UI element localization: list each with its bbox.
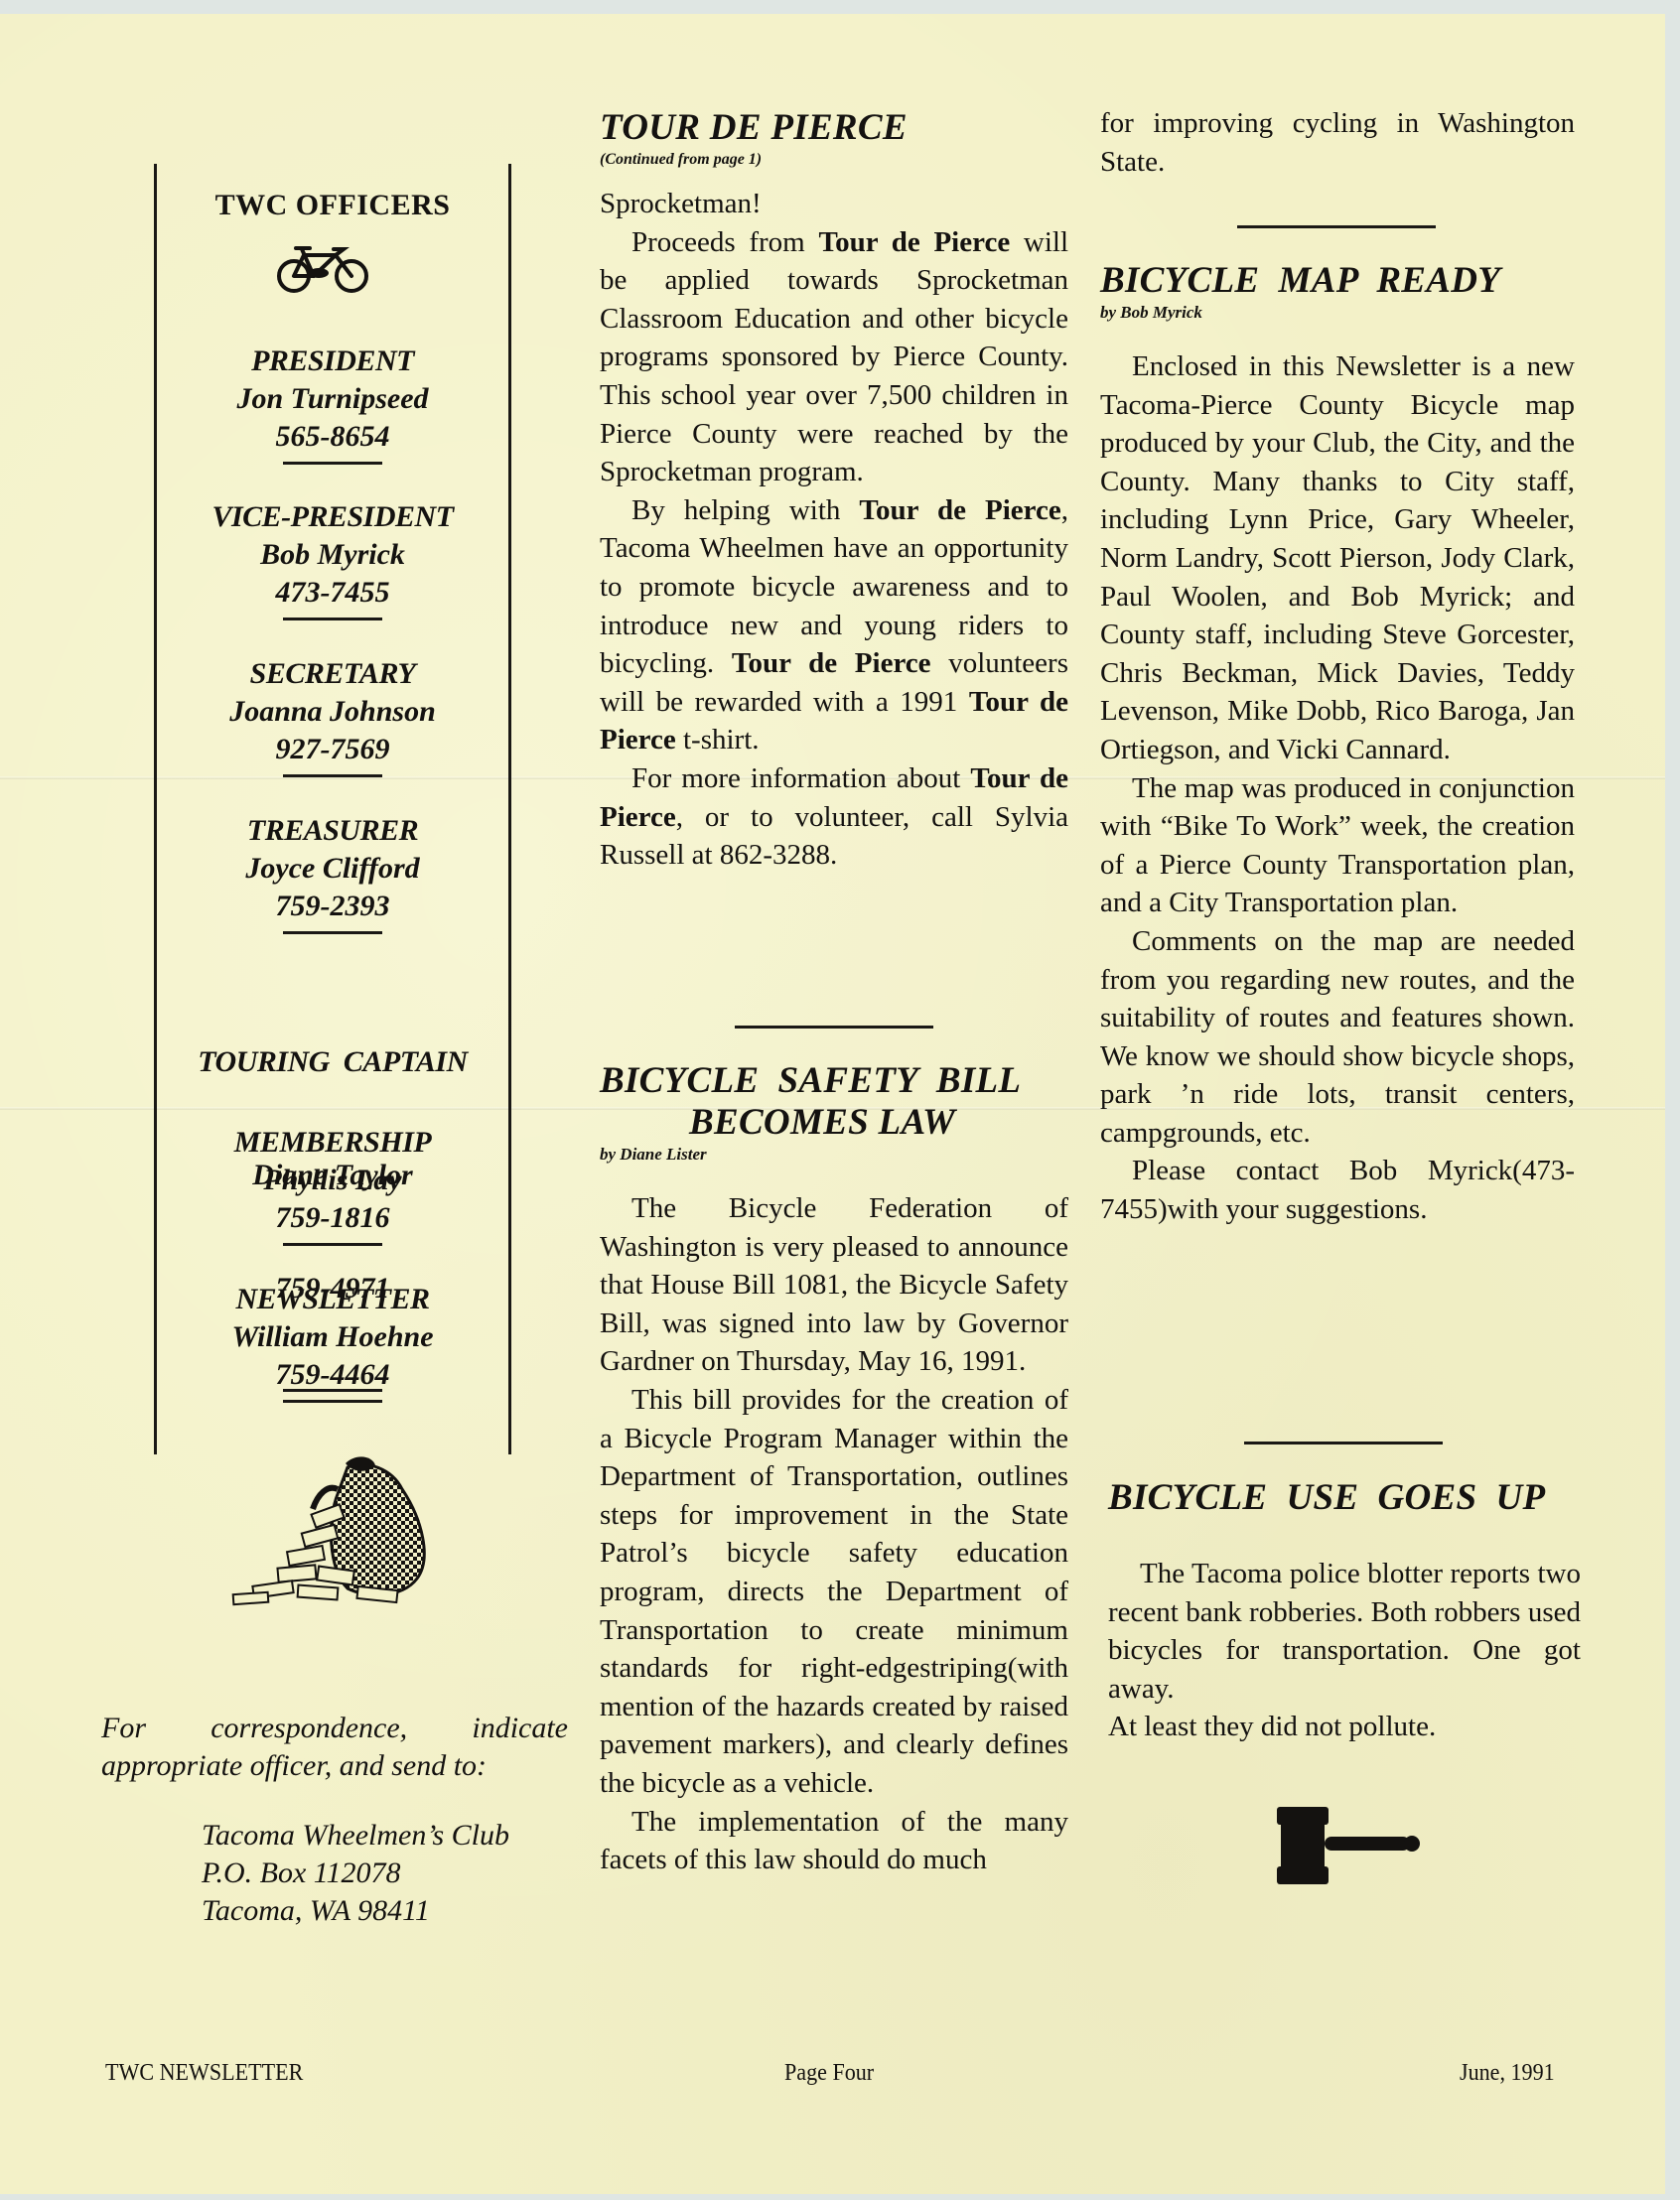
- officers-title: TWC OFFICERS: [154, 189, 511, 222]
- article-tour-de-pierce: TOUR DE PIERCE (Continued from page 1) S…: [600, 107, 1068, 875]
- article-paragraph: The Tacoma police blotter reports two re…: [1108, 1555, 1581, 1708]
- officer-role: TREASURER: [154, 812, 511, 850]
- gavel-icon: [1273, 1805, 1422, 1886]
- address-line: Tacoma, WA 98411: [202, 1892, 509, 1930]
- officer-vice-president: VICE-PRESIDENT Bob Myrick 473-7455: [154, 498, 511, 620]
- officer-name: Jon Turnipseed: [154, 380, 511, 418]
- officer-phone: 565-8654: [154, 418, 511, 456]
- article-paragraph: for improving cycling in Washington Stat…: [1100, 104, 1575, 181]
- footer-publication: TWC NEWSLETTER: [105, 2060, 303, 2087]
- officer-name: Joanna Johnson: [154, 693, 511, 731]
- article-headline: BICYCLE USE GOES UP: [1108, 1477, 1581, 1519]
- mailing-address: Tacoma Wheelmen’s Club P.O. Box 112078 T…: [202, 1817, 509, 1930]
- officer-phone: 927-7569: [154, 731, 511, 768]
- officer-role: TOURING CAPTAIN: [154, 1043, 511, 1081]
- officer-treasurer: TREASURER Joyce Clifford 759-2393: [154, 812, 511, 934]
- article-paragraph: By helping with Tour de Pierce, Tacoma W…: [600, 491, 1068, 759]
- officer-president: PRESIDENT Jon Turnipseed 565-8654: [154, 343, 511, 465]
- officer-phone: 759-1816: [154, 1199, 511, 1237]
- article-paragraph: Enclosed in this Newsletter is a new Tac…: [1100, 347, 1575, 769]
- article-safety-bill-continued: for improving cycling in Washington Stat…: [1100, 104, 1575, 181]
- article-paragraph: Sprocketman!: [600, 185, 1068, 223]
- divider: [283, 1400, 382, 1403]
- divider: [283, 618, 382, 620]
- divider: [283, 462, 382, 465]
- officer-name: Phyllis Lay: [154, 1162, 511, 1199]
- article-paragraph: Comments on the map are needed from you …: [1100, 922, 1575, 1153]
- divider: [283, 774, 382, 777]
- continued-note: (Continued from page 1): [600, 149, 1068, 171]
- article-headline: TOUR DE PIERCE: [600, 107, 1068, 149]
- article-headline: BECOMES LAW: [600, 1102, 1068, 1144]
- section-divider: [1244, 1442, 1443, 1444]
- article-byline: by Bob Myrick: [1100, 302, 1575, 324]
- bicycle-icon: [274, 243, 373, 295]
- footer-date: June, 1991: [1460, 2060, 1555, 2087]
- article-headline: BICYCLE MAP READY: [1100, 260, 1575, 302]
- footer-page-number: Page Four: [784, 2060, 874, 2087]
- officer-secretary: SECRETARY Joanna Johnson 927-7569: [154, 655, 511, 777]
- correspondence-note: For correspondence, indicate appropriate…: [101, 1710, 568, 1785]
- article-paragraph: Proceeds from Tour de Pierce will be app…: [600, 223, 1068, 491]
- officer-name: Bob Myrick: [154, 536, 511, 574]
- officer-phone: 473-7455: [154, 574, 511, 612]
- article-paragraph: For more information about Tour de Pierc…: [600, 759, 1068, 875]
- section-divider: [735, 1026, 933, 1029]
- article-use-goes-up: BICYCLE USE GOES UP The Tacoma police bl…: [1108, 1477, 1581, 1746]
- officer-role: MEMBERSHIP: [154, 1124, 511, 1162]
- officer-role: PRESIDENT: [154, 343, 511, 380]
- officer-role: VICE-PRESIDENT: [154, 498, 511, 536]
- article-paragraph: The map was produced in conjunction with…: [1100, 769, 1575, 922]
- money-bag-icon: [218, 1449, 457, 1608]
- officer-role: SECRETARY: [154, 655, 511, 693]
- article-paragraph: The Bicycle Federation of Washington is …: [600, 1189, 1068, 1381]
- article-safety-bill: BICYCLE SAFETY BILL BECOMES LAW by Diane…: [600, 1060, 1068, 1879]
- section-divider: [1237, 225, 1436, 228]
- article-headline: BICYCLE SAFETY BILL: [600, 1060, 1068, 1102]
- article-map-ready: BICYCLE MAP READY by Bob Myrick Enclosed…: [1100, 260, 1575, 1229]
- officer-newsletter: NEWSLETTER William Hoehne 759-4464: [154, 1281, 511, 1403]
- officer-phone: 759-2393: [154, 888, 511, 925]
- officer-name: William Hoehne: [154, 1318, 511, 1356]
- divider: [283, 931, 382, 934]
- article-paragraph: This bill provides for the creation of a…: [600, 1381, 1068, 1803]
- article-paragraph: The implementation of the many facets of…: [600, 1803, 1068, 1879]
- article-byline: by Diane Lister: [600, 1144, 1068, 1166]
- officer-role: NEWSLETTER: [154, 1281, 511, 1318]
- officer-phone: 759-4464: [154, 1356, 511, 1394]
- officer-membership: MEMBERSHIP Phyllis Lay 759-1816: [154, 1124, 511, 1246]
- article-paragraph: Please contact Bob Myrick(473-7455)with …: [1100, 1152, 1575, 1228]
- article-paragraph: At least they did not pollute.: [1108, 1708, 1581, 1746]
- divider: [283, 1243, 382, 1246]
- officer-name: Joyce Clifford: [154, 850, 511, 888]
- address-line: Tacoma Wheelmen’s Club: [202, 1817, 509, 1855]
- address-line: P.O. Box 112078: [202, 1855, 509, 1892]
